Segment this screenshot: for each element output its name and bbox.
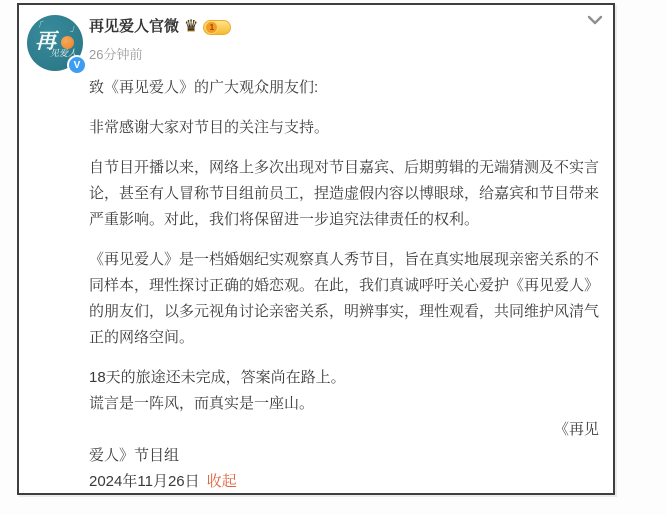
vip-crown-icon[interactable]: ♛ — [184, 20, 198, 34]
post-body: 致《再见爱人》的广大观众朋友们: 非常感谢大家对节目的关注与支持。 自节目开播以… — [89, 75, 599, 495]
post-paragraph-rumors: 自节目开播以来，网络上多次出现对节目嘉宾、后期剪辑的无端猜测及不实言论，甚至有人… — [89, 155, 599, 233]
post-timestamp[interactable]: 26分钟前 — [89, 44, 231, 63]
avatar-quote-close: 」 — [70, 21, 79, 34]
membership-level-badge[interactable]: 1 — [203, 20, 231, 35]
post-line-metaphor: 谎言是一阵风，而真实是一座山。 — [89, 391, 599, 417]
chevron-down-icon[interactable] — [587, 15, 603, 25]
post-salutation: 致《再见爱人》的广大观众朋友们: — [89, 75, 599, 101]
avatar-sun-icon — [61, 36, 74, 49]
username-link[interactable]: 再见爱人官微 — [89, 18, 179, 36]
post-signature-line1: 《再见 — [89, 417, 599, 443]
post-signature-line2: 爱人》节目组 — [89, 443, 599, 469]
post-date: 2024年11月26日 — [89, 473, 200, 490]
membership-level-icon: 1 — [205, 21, 218, 34]
post-date-row: 2024年11月26日收起 — [89, 469, 599, 495]
weibo-post-card: 「 再 见爱人 」 V 再见爱人官微 ♛ 1 26分钟前 致《再见爱人》的广大观… — [17, 3, 615, 495]
post-paragraph-thanks: 非常感谢大家对节目的关注与支持。 — [89, 115, 599, 141]
verified-badge-icon: V — [69, 57, 85, 73]
username-row: 再见爱人官微 ♛ 1 — [89, 18, 231, 36]
collapse-link[interactable]: 收起 — [207, 473, 237, 490]
post-line-journey: 18天的旅途还未完成，答案尚在路上。 — [89, 365, 599, 391]
avatar[interactable]: 「 再 见爱人 」 V — [27, 15, 83, 71]
post-header: 再见爱人官微 ♛ 1 26分钟前 — [89, 18, 231, 63]
post-paragraph-appeal: 《再见爱人》是一档婚姻纪实观察真人秀节目，旨在真实地展现亲密关系的不同样本，理性… — [89, 247, 599, 351]
